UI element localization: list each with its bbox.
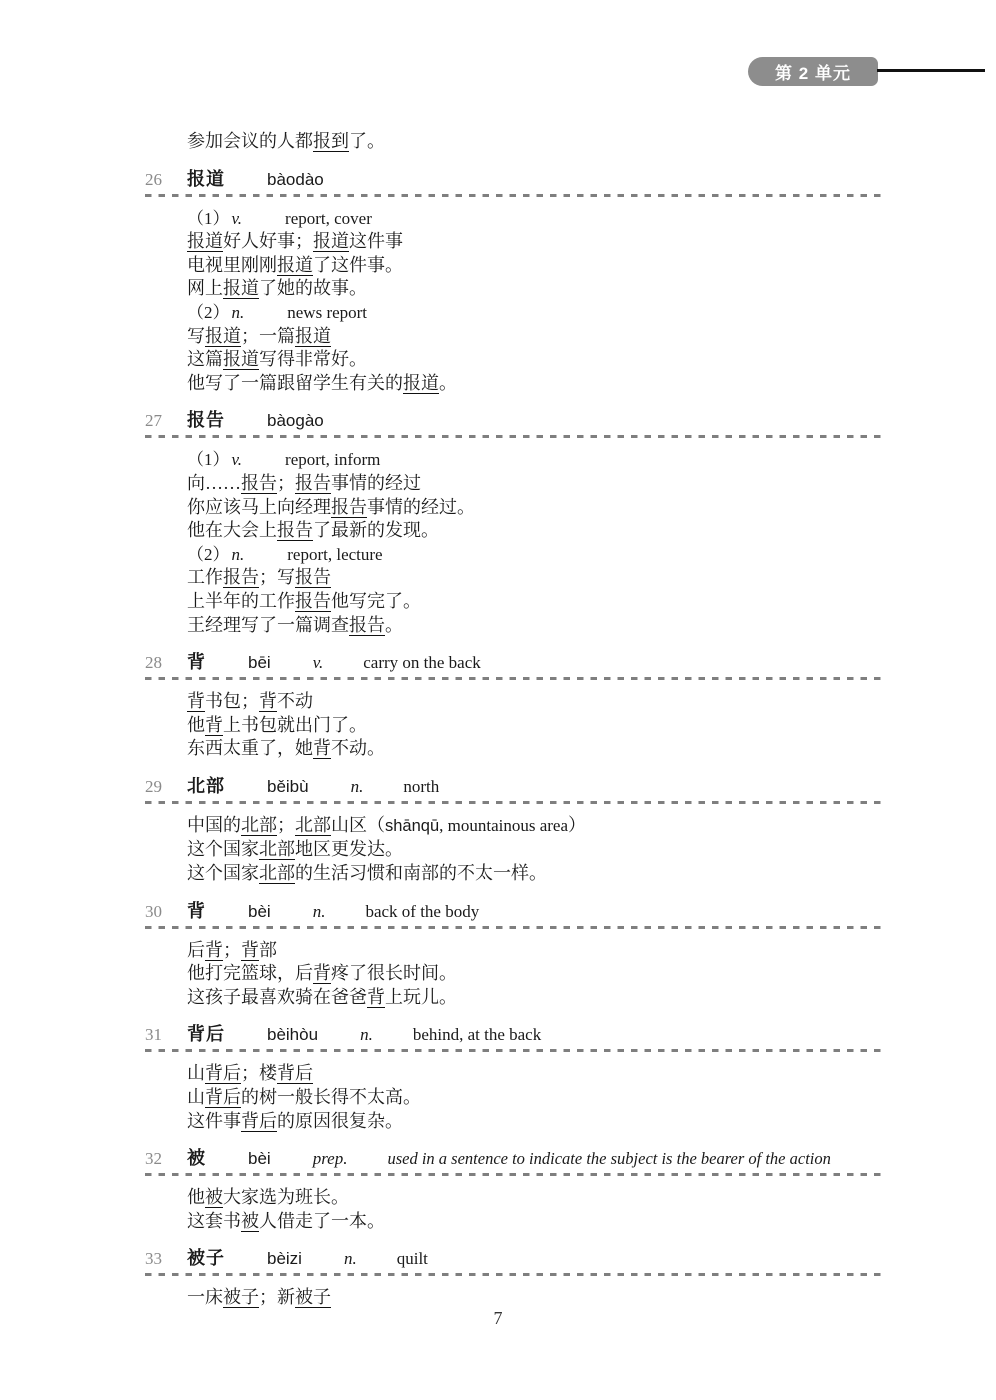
sense-line: （2）n.report, lecture (187, 543, 886, 567)
example-text: 上玩儿。 (385, 987, 457, 1007)
entry-body: 中国的北部；北部山区（shānqū, mountainous area）这个国家… (145, 814, 886, 886)
dashed-separator (145, 801, 886, 804)
target-word-underlined: 背后 (205, 1063, 241, 1084)
entry-definition: quilt (397, 1247, 428, 1271)
entry-number: 28 (145, 651, 187, 675)
example-text: ） (568, 815, 586, 835)
dashed-separator (145, 1273, 886, 1276)
entry-pos: n. (360, 1023, 373, 1047)
target-word-underlined: 报告 (241, 473, 277, 494)
target-word-underlined: 报道 (205, 326, 241, 347)
example-text: 你应该马上向经理 (187, 497, 331, 517)
example-text: 他在大会上 (187, 520, 277, 540)
example-line: 报道好人好事；报道这件事 (187, 230, 886, 254)
entry-definition: back of the body (365, 900, 479, 924)
entry-number: 30 (145, 900, 187, 924)
example-text: 上书包就出门了。 (223, 715, 367, 735)
example-line: 山背后的树一般长得不太高。 (187, 1086, 886, 1110)
target-word-underlined: 背 (313, 963, 331, 984)
entry-number: 26 (145, 168, 187, 192)
target-word-underlined: 报道 (223, 349, 259, 370)
example-text: ；一篇 (241, 326, 295, 346)
entry-header: 27报告bàogào (145, 408, 886, 433)
target-word-underlined: 报告 (295, 591, 331, 612)
target-word-underlined: 背 (205, 940, 223, 961)
entry-body: 他被大家选为班长。这套书被人借走了一本。 (145, 1186, 886, 1233)
example-text: 人借走了一本。 (259, 1211, 385, 1231)
example-text: 中国的 (187, 815, 241, 835)
target-word-underlined: 报道 (295, 326, 331, 347)
entry-number: 31 (145, 1023, 187, 1047)
entry-body: （1）v.report, inform向……报告；报告事情的经过你应该马上向经理… (145, 448, 886, 637)
entry-pinyin: bèi (248, 900, 271, 924)
example-line: 他写了一篇跟留学生有关的报道。 (187, 372, 886, 396)
entry-body: 一床被子；新被子 (145, 1286, 886, 1310)
entry-pinyin: bàodào (267, 168, 324, 192)
example-line: 电视里刚刚报道了这件事。 (187, 254, 886, 278)
entry-headword: 背 (187, 650, 206, 674)
entry-definition: carry on the back (363, 651, 481, 675)
entry-number: 32 (145, 1147, 187, 1171)
example-line: 参加会议的人都报到了。 (187, 130, 886, 154)
entry-28: 28背bēiv.carry on the back背书包；背不动他背上书包就出门… (145, 650, 886, 761)
entry-body: 山背后；楼背后山背后的树一般长得不太高。这件事背后的原因很复杂。 (145, 1062, 886, 1133)
page-number: 7 (0, 1308, 996, 1329)
target-word-underlined: 北部 (295, 815, 331, 836)
example-text: 地区更发达。 (295, 839, 403, 859)
entry-body: 背书包；背不动他背上书包就出门了。东西太重了，她背不动。 (145, 690, 886, 761)
target-word-underlined: 被子 (223, 1287, 259, 1308)
entry-29: 29北部běibùn.north中国的北部；北部山区（shānqū, mount… (145, 774, 886, 886)
example-line: 向……报告；报告事情的经过 (187, 472, 886, 496)
example-line: 你应该马上向经理报告事情的经过。 (187, 496, 886, 520)
target-word-underlined: 被 (241, 1211, 259, 1232)
example-text: ；楼 (241, 1063, 277, 1083)
example-text: 他 (187, 715, 205, 735)
example-text: 他写完了。 (331, 591, 421, 611)
example-text: 山 (187, 1063, 205, 1083)
example-text: 了她的故事。 (259, 278, 367, 298)
entry-header: 30背bèin.back of the body (145, 899, 886, 924)
example-text: 写得非常好。 (259, 349, 367, 369)
example-text: 写 (187, 326, 205, 346)
example-text: 山 (187, 1087, 205, 1107)
sense-pos: n. (232, 303, 245, 322)
entry-pinyin: bēi (248, 651, 271, 675)
example-text: 王经理写了一篇调查 (187, 615, 349, 635)
entry-number: 27 (145, 409, 187, 433)
example-line: 这套书被人借走了一本。 (187, 1210, 886, 1234)
target-word-underlined: 背后 (277, 1063, 313, 1084)
entry-header: 33被子bèizin.quilt (145, 1246, 886, 1271)
example-line: 一床被子；新被子 (187, 1286, 886, 1310)
entry-headword: 背 (187, 899, 206, 923)
example-text: 东西太重了，她 (187, 738, 313, 758)
entry-number: 29 (145, 775, 187, 799)
target-word-underlined: 报告 (295, 567, 331, 588)
example-text: 山区（ (331, 815, 385, 835)
example-text: 后 (187, 940, 205, 960)
example-line: 他打完篮球，后背疼了很长时间。 (187, 962, 886, 986)
sense-number: （1） (187, 209, 230, 228)
entry-33: 33被子bèizin.quilt一床被子；新被子 (145, 1246, 886, 1310)
example-line: 这孩子最喜欢骑在爸爸背上玩儿。 (187, 986, 886, 1010)
entry-27: 27报告bàogào（1）v.report, inform向……报告；报告事情的… (145, 408, 886, 637)
target-word-underlined: 北部 (241, 815, 277, 836)
entry-pinyin: bàogào (267, 409, 324, 433)
target-word-underlined: 报道 (223, 278, 259, 299)
dashed-separator (145, 194, 886, 197)
example-text: 这件事 (349, 231, 403, 251)
unit-tab: 第 2 单元 (748, 57, 878, 86)
example-text: 的原因很复杂。 (277, 1111, 403, 1131)
entry-header: 28背bēiv.carry on the back (145, 650, 886, 675)
sense-pos: n. (232, 545, 245, 564)
target-word-underlined: 报到 (313, 131, 349, 152)
example-text: 这篇 (187, 349, 223, 369)
entry-pos: n. (351, 775, 364, 799)
target-word-underlined: 北部 (259, 839, 295, 860)
example-text: ；新 (259, 1287, 295, 1307)
entry-pos: v. (313, 651, 324, 675)
example-text: 事情的经过 (331, 473, 421, 493)
entry-header: 26报道bàodào (145, 167, 886, 192)
example-text: 这个国家 (187, 839, 259, 859)
example-text: 的生活习惯和南部的不太一样。 (295, 863, 547, 883)
example-text: ； (277, 473, 295, 493)
entry-headword: 被 (187, 1146, 206, 1170)
entry-definition: north (403, 775, 439, 799)
example-text: 他写了一篇跟留学生有关的 (187, 373, 403, 393)
sense-line: （1）v.report, inform (187, 448, 886, 472)
target-word-underlined: 报告 (331, 497, 367, 518)
example-text: 事情的经过。 (367, 497, 475, 517)
book-page: 第 2 单元 参加会议的人都报到了。26报道bàodào（1）v.report,… (0, 0, 996, 1400)
example-text: 书包； (205, 691, 259, 711)
example-text: 工作 (187, 567, 223, 587)
entry-headword: 背后 (187, 1022, 225, 1046)
dashed-separator (145, 1173, 886, 1176)
example-text: 了这件事。 (313, 255, 403, 275)
target-word-underlined: 背 (259, 691, 277, 712)
entry-headword: 报告 (187, 408, 225, 432)
entry-headword: 北部 (187, 774, 225, 798)
target-word-underlined: 背 (205, 715, 223, 736)
entry-body: 后背；背部他打完篮球，后背疼了很长时间。这孩子最喜欢骑在爸爸背上玩儿。 (145, 939, 886, 1010)
example-line: 他在大会上报告了最新的发现。 (187, 519, 886, 543)
example-text: 大家选为班长。 (223, 1187, 349, 1207)
example-text: 这个国家 (187, 863, 259, 883)
entry-pinyin: bèi (248, 1147, 271, 1171)
header-rule (877, 69, 985, 72)
sense-line: （1）v.report, cover (187, 207, 886, 231)
example-text: 电视里刚刚 (187, 255, 277, 275)
target-word-underlined: 报道 (313, 231, 349, 252)
example-text: 。 (439, 373, 457, 393)
target-word-underlined: 报道 (403, 373, 439, 394)
target-word-underlined: 背 (241, 940, 259, 961)
target-word-underlined: 背 (187, 691, 205, 712)
example-text: 向…… (187, 473, 241, 493)
example-line: 背书包；背不动 (187, 690, 886, 714)
example-text: 网上 (187, 278, 223, 298)
example-text: ； (223, 940, 241, 960)
example-text: 参加会议的人都 (187, 131, 313, 151)
example-text: 的树一般长得不太高。 (241, 1087, 421, 1107)
entry-31: 31背后bèihòun.behind, at the back山背后；楼背后山背… (145, 1022, 886, 1133)
example-text: 部 (259, 940, 277, 960)
target-word-underlined: 报道 (187, 231, 223, 252)
dashed-separator (145, 677, 886, 680)
target-word-underlined: 报告 (295, 473, 331, 494)
example-line: 这篇报道写得非常好。 (187, 348, 886, 372)
dashed-separator (145, 926, 886, 929)
target-word-underlined: 背后 (241, 1111, 277, 1132)
example-text: ； (277, 815, 295, 835)
entry-header: 32被bèiprep.used in a sentence to indicat… (145, 1146, 886, 1171)
target-word-underlined: 背 (313, 738, 331, 759)
entry-pinyin: bèizi (267, 1247, 302, 1271)
target-word-underlined: 背后 (205, 1087, 241, 1108)
sense-number: （2） (187, 545, 230, 564)
dictionary-content: 参加会议的人都报到了。26报道bàodào（1）v.report, cover报… (145, 130, 886, 1310)
unit-tab-label: 第 2 单元 (775, 59, 851, 84)
sense-definition: report, inform (285, 450, 380, 469)
target-word-underlined: 报告 (223, 567, 259, 588)
example-line: 王经理写了一篇调查报告。 (187, 614, 886, 638)
example-text: 不动。 (331, 738, 385, 758)
sense-number: （1） (187, 450, 230, 469)
entry-header: 29北部běibùn.north (145, 774, 886, 799)
entry-body: （1）v.report, cover报道好人好事；报道这件事电视里刚刚报道了这件… (145, 207, 886, 396)
sense-pos: v. (232, 209, 243, 228)
target-word-underlined: 背 (367, 987, 385, 1008)
target-word-underlined: 报告 (349, 615, 385, 636)
sense-definition: news report (287, 303, 367, 322)
example-text: 这孩子最喜欢骑在爸爸 (187, 987, 367, 1007)
example-text: 这套书 (187, 1211, 241, 1231)
example-line: 这件事背后的原因很复杂。 (187, 1110, 886, 1134)
example-line: 东西太重了，她背不动。 (187, 737, 886, 761)
dashed-separator (145, 1049, 886, 1052)
example-text: 他打完篮球，后 (187, 963, 313, 983)
entry-32: 32被bèiprep.used in a sentence to indicat… (145, 1146, 886, 1233)
target-word-underlined: 报道 (277, 255, 313, 276)
example-line: 网上报道了她的故事。 (187, 277, 886, 301)
example-line: 他背上书包就出门了。 (187, 714, 886, 738)
entry-26: 26报道bàodào（1）v.report, cover报道好人好事；报道这件事… (145, 167, 886, 396)
example-line: 山背后；楼背后 (187, 1062, 886, 1086)
entry-pinyin: běibù (267, 775, 309, 799)
sense-definition: report, cover (285, 209, 372, 228)
entry-number: 33 (145, 1247, 187, 1271)
entry-header: 31背后bèihòun.behind, at the back (145, 1022, 886, 1047)
example-text: 一床 (187, 1287, 223, 1307)
example-text: shānqū (385, 817, 439, 835)
entry-definition: used in a sentence to indicate the subje… (387, 1147, 830, 1171)
target-word-underlined: 北部 (259, 863, 295, 884)
entry-30: 30背bèin.back of the body后背；背部他打完篮球，后背疼了很… (145, 899, 886, 1010)
example-text: 了。 (349, 131, 385, 151)
target-word-underlined: 被 (205, 1187, 223, 1208)
example-line: 工作报告；写报告 (187, 566, 886, 590)
target-word-underlined: 报告 (277, 520, 313, 541)
example-text: 这件事 (187, 1111, 241, 1131)
example-text: 他 (187, 1187, 205, 1207)
entry-headword: 被子 (187, 1246, 225, 1270)
example-line: 上半年的工作报告他写完了。 (187, 590, 886, 614)
example-text: 疼了很长时间。 (331, 963, 457, 983)
entry-headword: 报道 (187, 167, 225, 191)
target-word-underlined: 被子 (295, 1287, 331, 1308)
dashed-separator (145, 435, 886, 438)
example-line: 这个国家北部的生活习惯和南部的不太一样。 (187, 862, 886, 886)
example-line: 他被大家选为班长。 (187, 1186, 886, 1210)
entry-pos: n. (344, 1247, 357, 1271)
sense-pos: v. (232, 450, 243, 469)
sense-line: （2）n.news report (187, 301, 886, 325)
example-text: 好人好事； (223, 231, 313, 251)
example-text: 。 (385, 615, 403, 635)
example-text: 上半年的工作 (187, 591, 295, 611)
entry-pos: n. (313, 900, 326, 924)
sense-definition: report, lecture (287, 545, 382, 564)
sense-number: （2） (187, 303, 230, 322)
example-text: 不动 (277, 691, 313, 711)
example-text: , mountainous area (439, 816, 568, 835)
example-text: ；写 (259, 567, 295, 587)
example-line: 写报道；一篇报道 (187, 325, 886, 349)
example-line: 中国的北部；北部山区（shānqū, mountainous area） (187, 814, 886, 839)
example-line: 后背；背部 (187, 939, 886, 963)
example-line: 这个国家北部地区更发达。 (187, 838, 886, 862)
entry-definition: behind, at the back (413, 1023, 541, 1047)
example-text: 了最新的发现。 (313, 520, 439, 540)
entry-pos: prep. (313, 1147, 348, 1171)
entry-pinyin: bèihòu (267, 1023, 318, 1047)
